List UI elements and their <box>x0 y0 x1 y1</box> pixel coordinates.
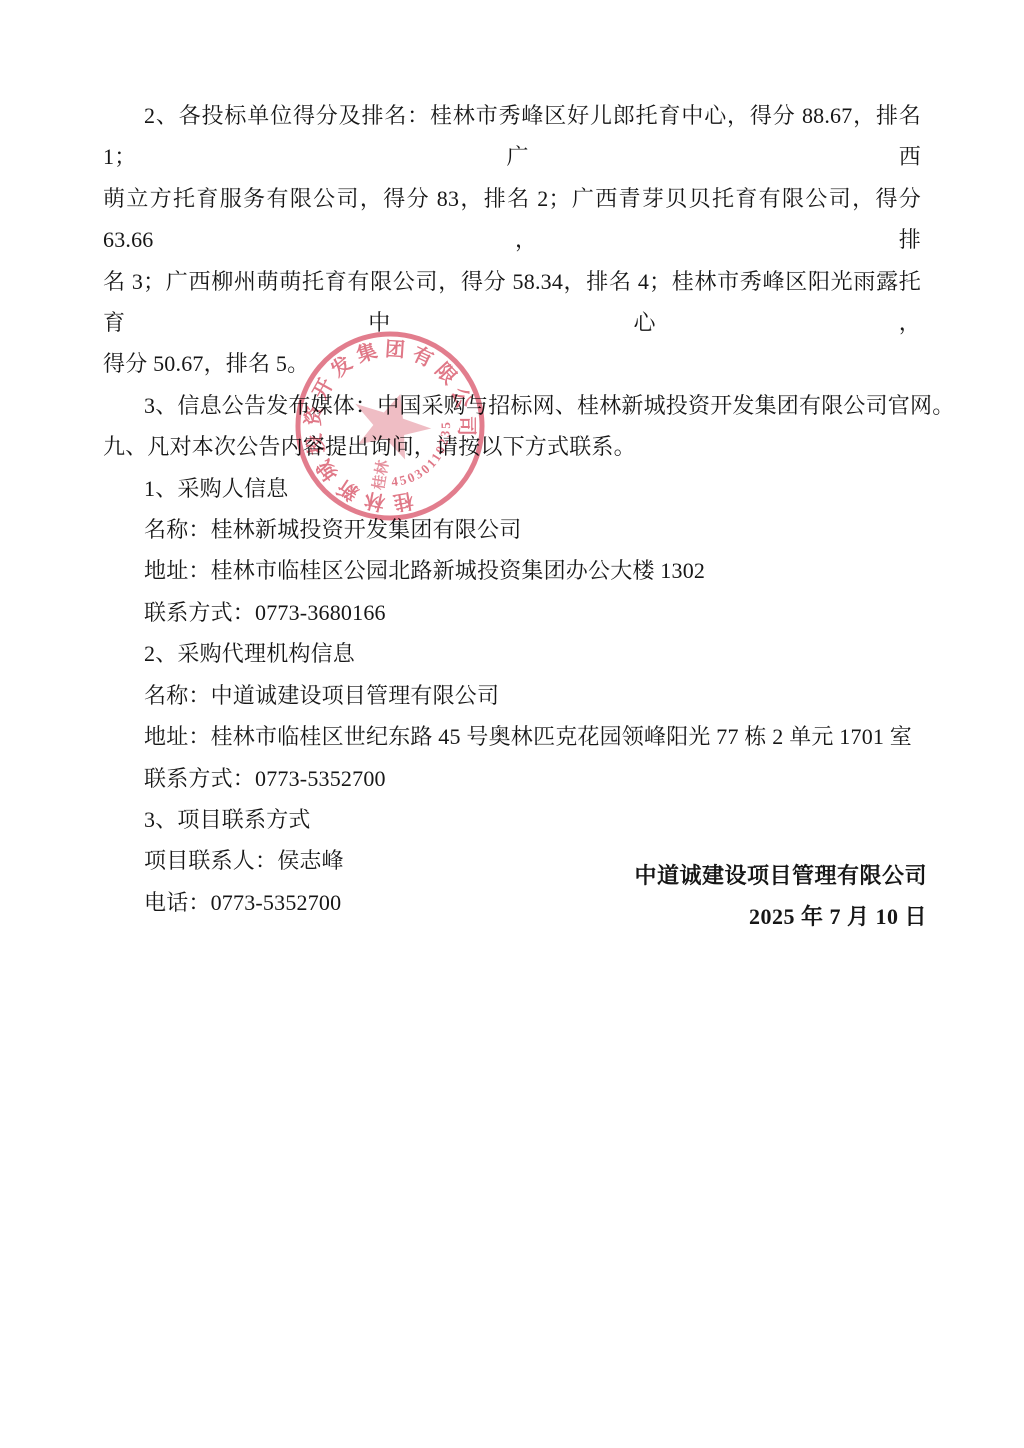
doc-line-10: 联系方式：0773-3680166 <box>103 592 921 633</box>
doc-line-8: 名称：桂林新城投资开发集团有限公司 <box>103 509 921 550</box>
official-seal: 桂 林 新 城 投 资 开 发 集 团 有 限 公 司 45030110235 … <box>290 326 490 526</box>
doc-line-3: 名 3；广西柳州萌萌托育有限公司，得分 58.34，排名 4；桂林市秀峰区阳光雨… <box>103 261 921 344</box>
seal-ring-char: 林 <box>361 488 386 516</box>
doc-line-7: 1、采购人信息 <box>103 468 921 509</box>
doc-line-9: 地址：桂林市临桂区公园北路新城投资集团办公大楼 1302 <box>103 550 921 591</box>
doc-line-13: 地址：桂林市临桂区世纪东路 45 号奥林匹克花园领峰阳光 77 栋 2 单元 1… <box>103 716 921 757</box>
signature-company: 中道诚建设项目管理有限公司 <box>634 855 927 896</box>
doc-line-2: 萌立方托育服务有限公司，得分 83，排名 2；广西青芽贝贝托育有限公司，得分 6… <box>103 178 921 261</box>
document-page: 2、各投标单位得分及排名：桂林市秀峰区好儿郎托育中心，得分 88.67，排名 1… <box>0 0 1024 1448</box>
doc-line-15: 3、项目联系方式 <box>103 799 921 840</box>
seal-ring-char: 投 <box>301 432 329 457</box>
seal-star-icon <box>344 382 439 464</box>
seal-inner-text: 桂林 <box>370 458 392 491</box>
seal-ring-char: 司 <box>455 416 478 436</box>
signature-block: 中道诚建设项目管理有限公司 2025 年 7 月 10 日 <box>634 855 927 938</box>
doc-line-6: 九、凡对本次公告内容提出询问，请按以下方式联系。 <box>103 426 921 467</box>
doc-line-1: 2、各投标单位得分及排名：桂林市秀峰区好儿郎托育中心，得分 88.67，排名 1… <box>103 95 921 178</box>
doc-line-14: 联系方式：0773-5352700 <box>103 758 921 799</box>
signature-date: 2025 年 7 月 10 日 <box>634 896 927 937</box>
doc-line-12: 名称：中道诚建设项目管理有限公司 <box>103 675 921 716</box>
seal-ring-char: 团 <box>384 338 405 362</box>
seal-ring-char: 桂 <box>391 488 415 515</box>
doc-line-5: 3、信息公告发布媒体：中国采购与招标网、桂林新城投资开发集团有限公司官网。 <box>103 385 921 426</box>
doc-line-11: 2、采购代理机构信息 <box>103 633 921 674</box>
document-body: 2、各投标单位得分及排名：桂林市秀峰区好儿郎托育中心，得分 88.67，排名 1… <box>103 95 921 923</box>
doc-line-4: 得分 50.67，排名 5。 <box>103 343 921 384</box>
seal-ring-char: 资 <box>300 403 327 427</box>
